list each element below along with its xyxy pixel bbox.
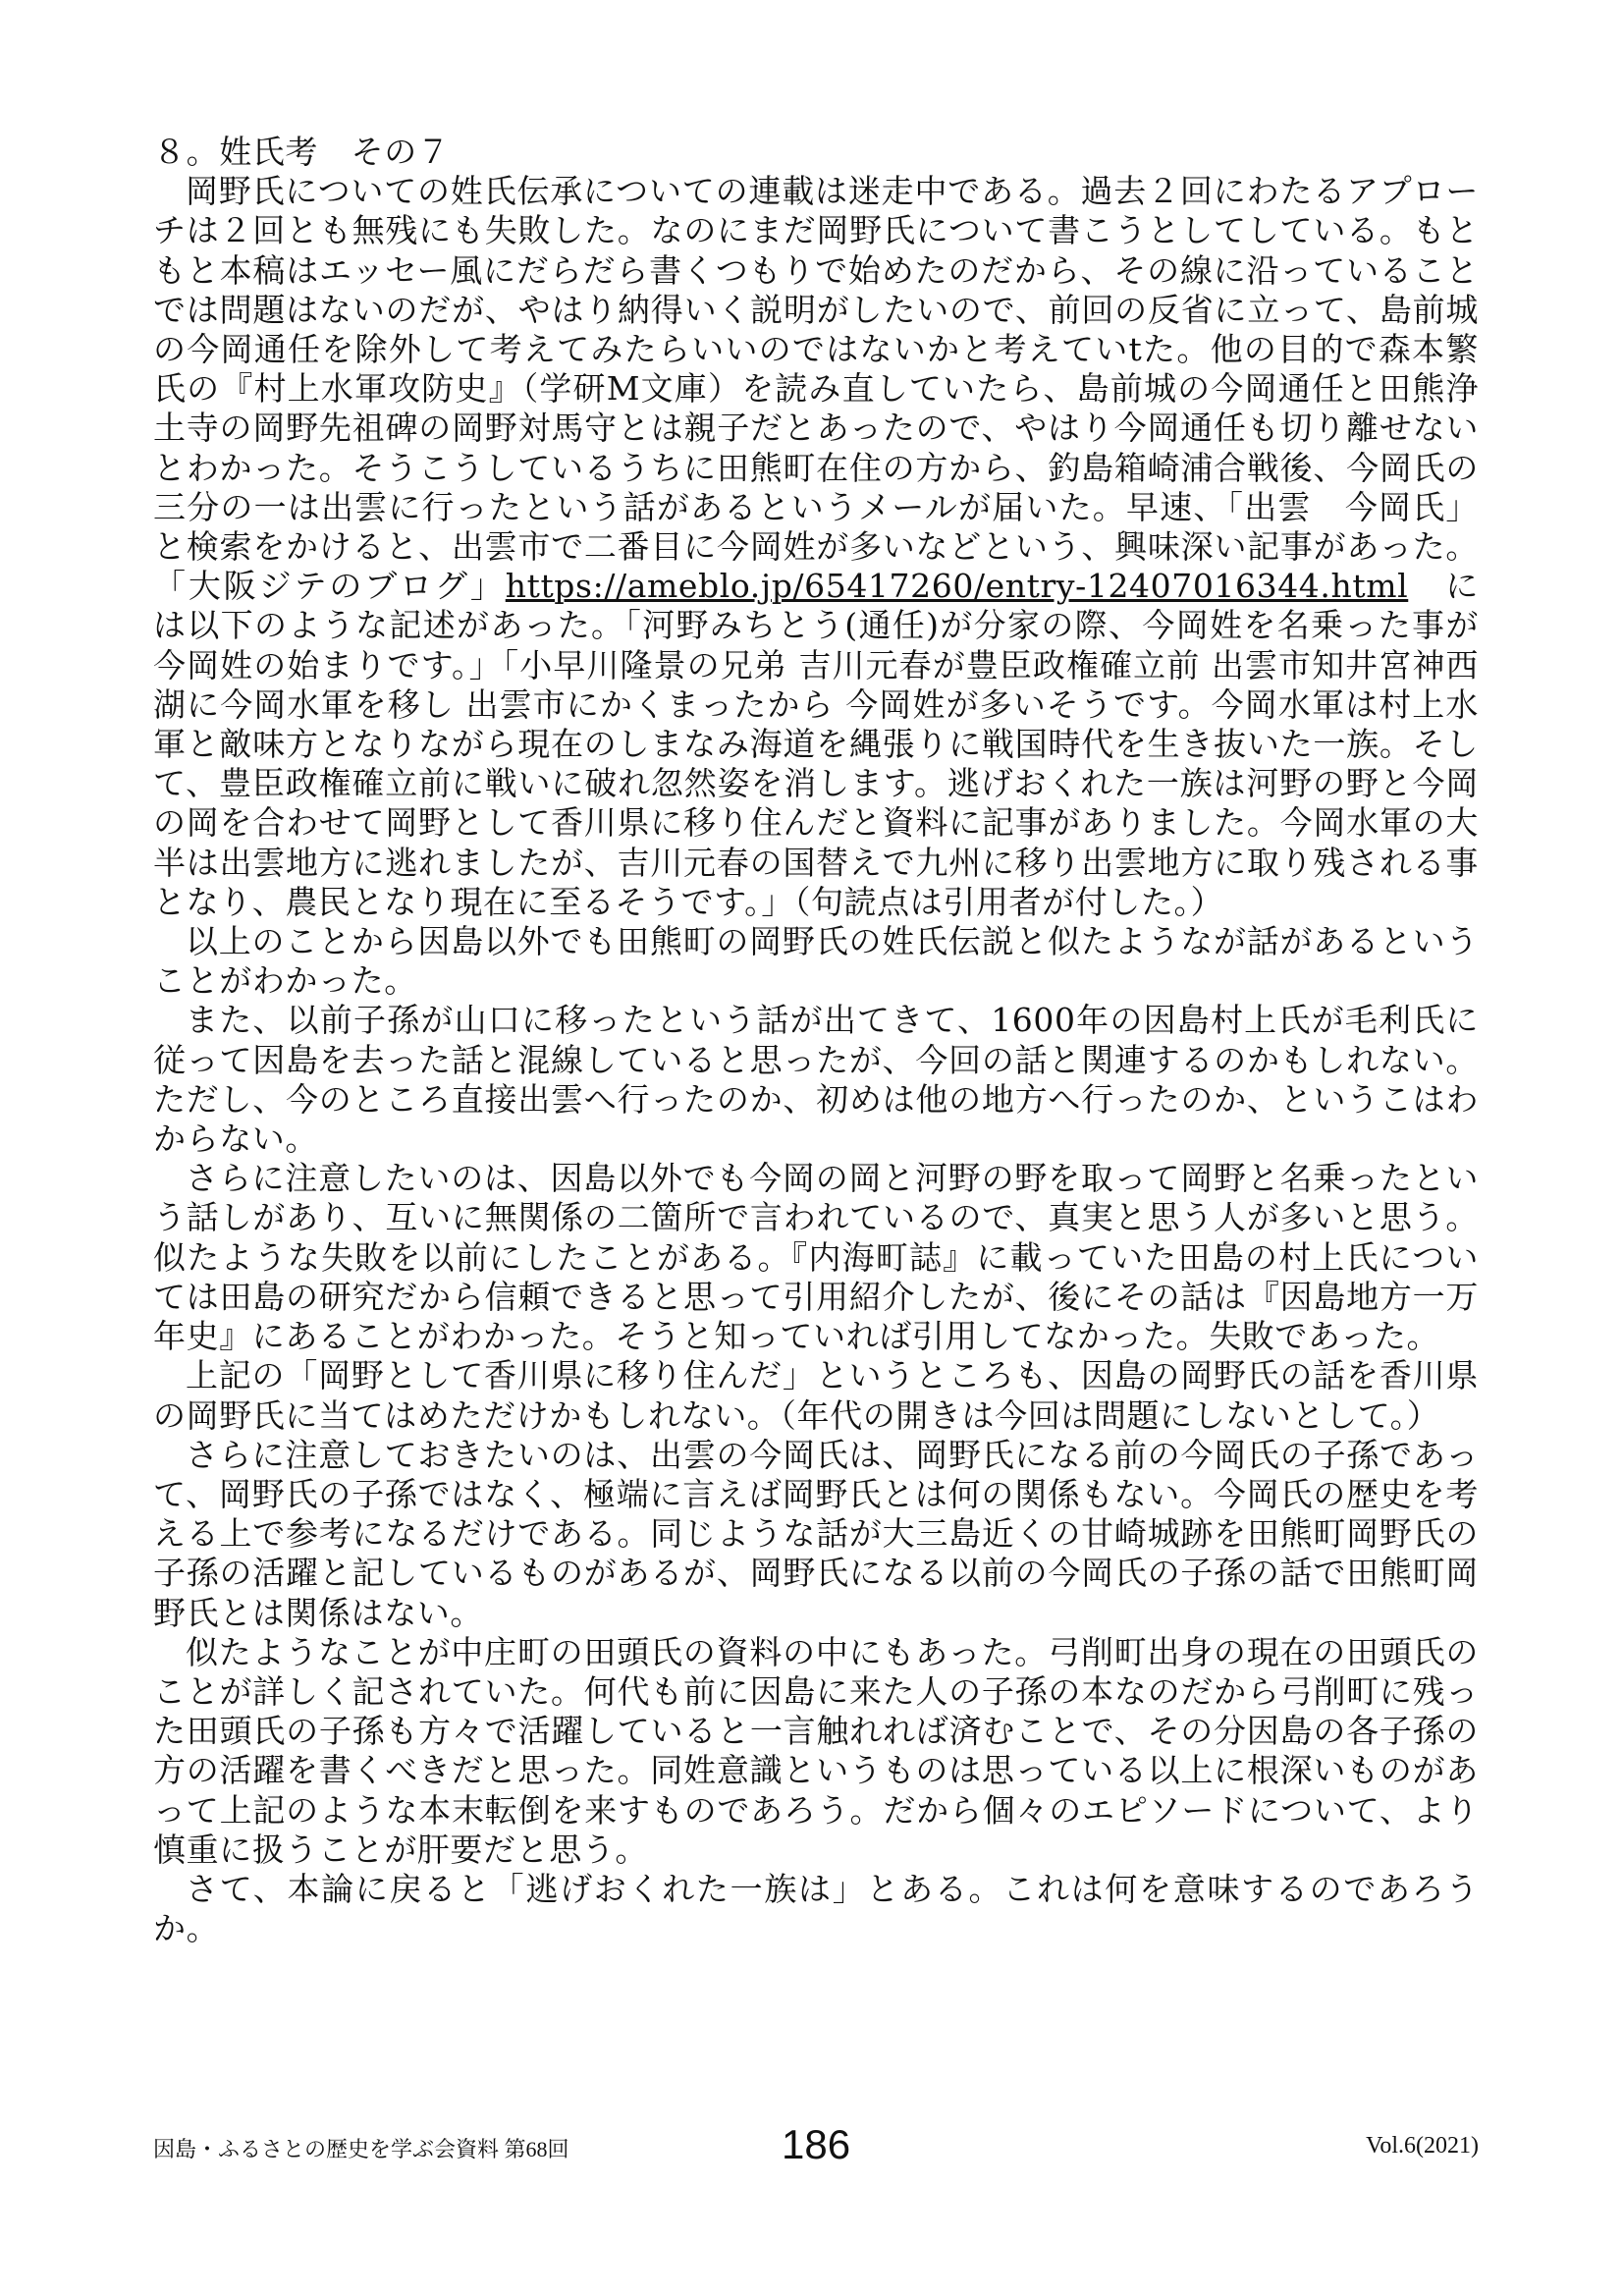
page-number: 186 [782,2121,850,2168]
page-footer: 因島・ふるさとの歴史を学ぶ会資料 第68回 186 Vol.6(2021) [153,2121,1479,2170]
blog-link[interactable]: https://ameblo.jp/65417260/entry-1240701… [506,567,1409,605]
paragraph-8: さて、本論に戻ると「逃げおくれた一族は」とある。これは何を意味するのであろうか。 [153,1870,1479,1948]
paragraph-4: さらに注意したいのは、因島以外でも今岡の岡と河野の野を取って岡野と名乗ったという… [153,1159,1479,1356]
paragraph-5: 上記の「岡野として香川県に移り住んだ」というところも、因島の岡野氏の話を香川県の… [153,1356,1479,1435]
footer-volume: Vol.6(2021) [1366,2133,1479,2159]
paragraph-1: 岡野氏についての姓氏伝承についての連載は迷走中である。過去２回にわたるアプローチ… [153,172,1479,922]
document-body: ８。姓氏考 その７ 岡野氏についての姓氏伝承についての連載は迷走中である。過去２… [153,133,1479,1948]
paragraph-7: 似たようなことが中庄町の田頭氏の資料の中にもあった。弓削町出身の現在の田頭氏のこ… [153,1633,1479,1870]
section-title: ８。姓氏考 その７ [153,133,1479,172]
paragraph-1-text-b: には以下のような記述があった。「河野みちとう(通任)が分家の際、今岡姓を名乗った… [153,567,1479,921]
footer-publication: 因島・ふるさとの歴史を学ぶ会資料 第68回 [153,2133,569,2163]
paragraph-6: さらに注意しておきたいのは、出雲の今岡氏は、岡野氏になる前の今岡氏の子孫であって… [153,1436,1479,1633]
paragraph-2: 以上のことから因島以外でも田熊町の岡野氏の姓氏伝説と似たようなが話があるというこ… [153,922,1479,1001]
paragraph-1-text-a: 岡野氏についての姓氏伝承についての連載は迷走中である。過去２回にわたるアプローチ… [153,172,1479,605]
paragraph-3: また、以前子孫が山口に移ったという話が出てきて、1600年の因島村上氏が毛利氏に… [153,1001,1479,1159]
